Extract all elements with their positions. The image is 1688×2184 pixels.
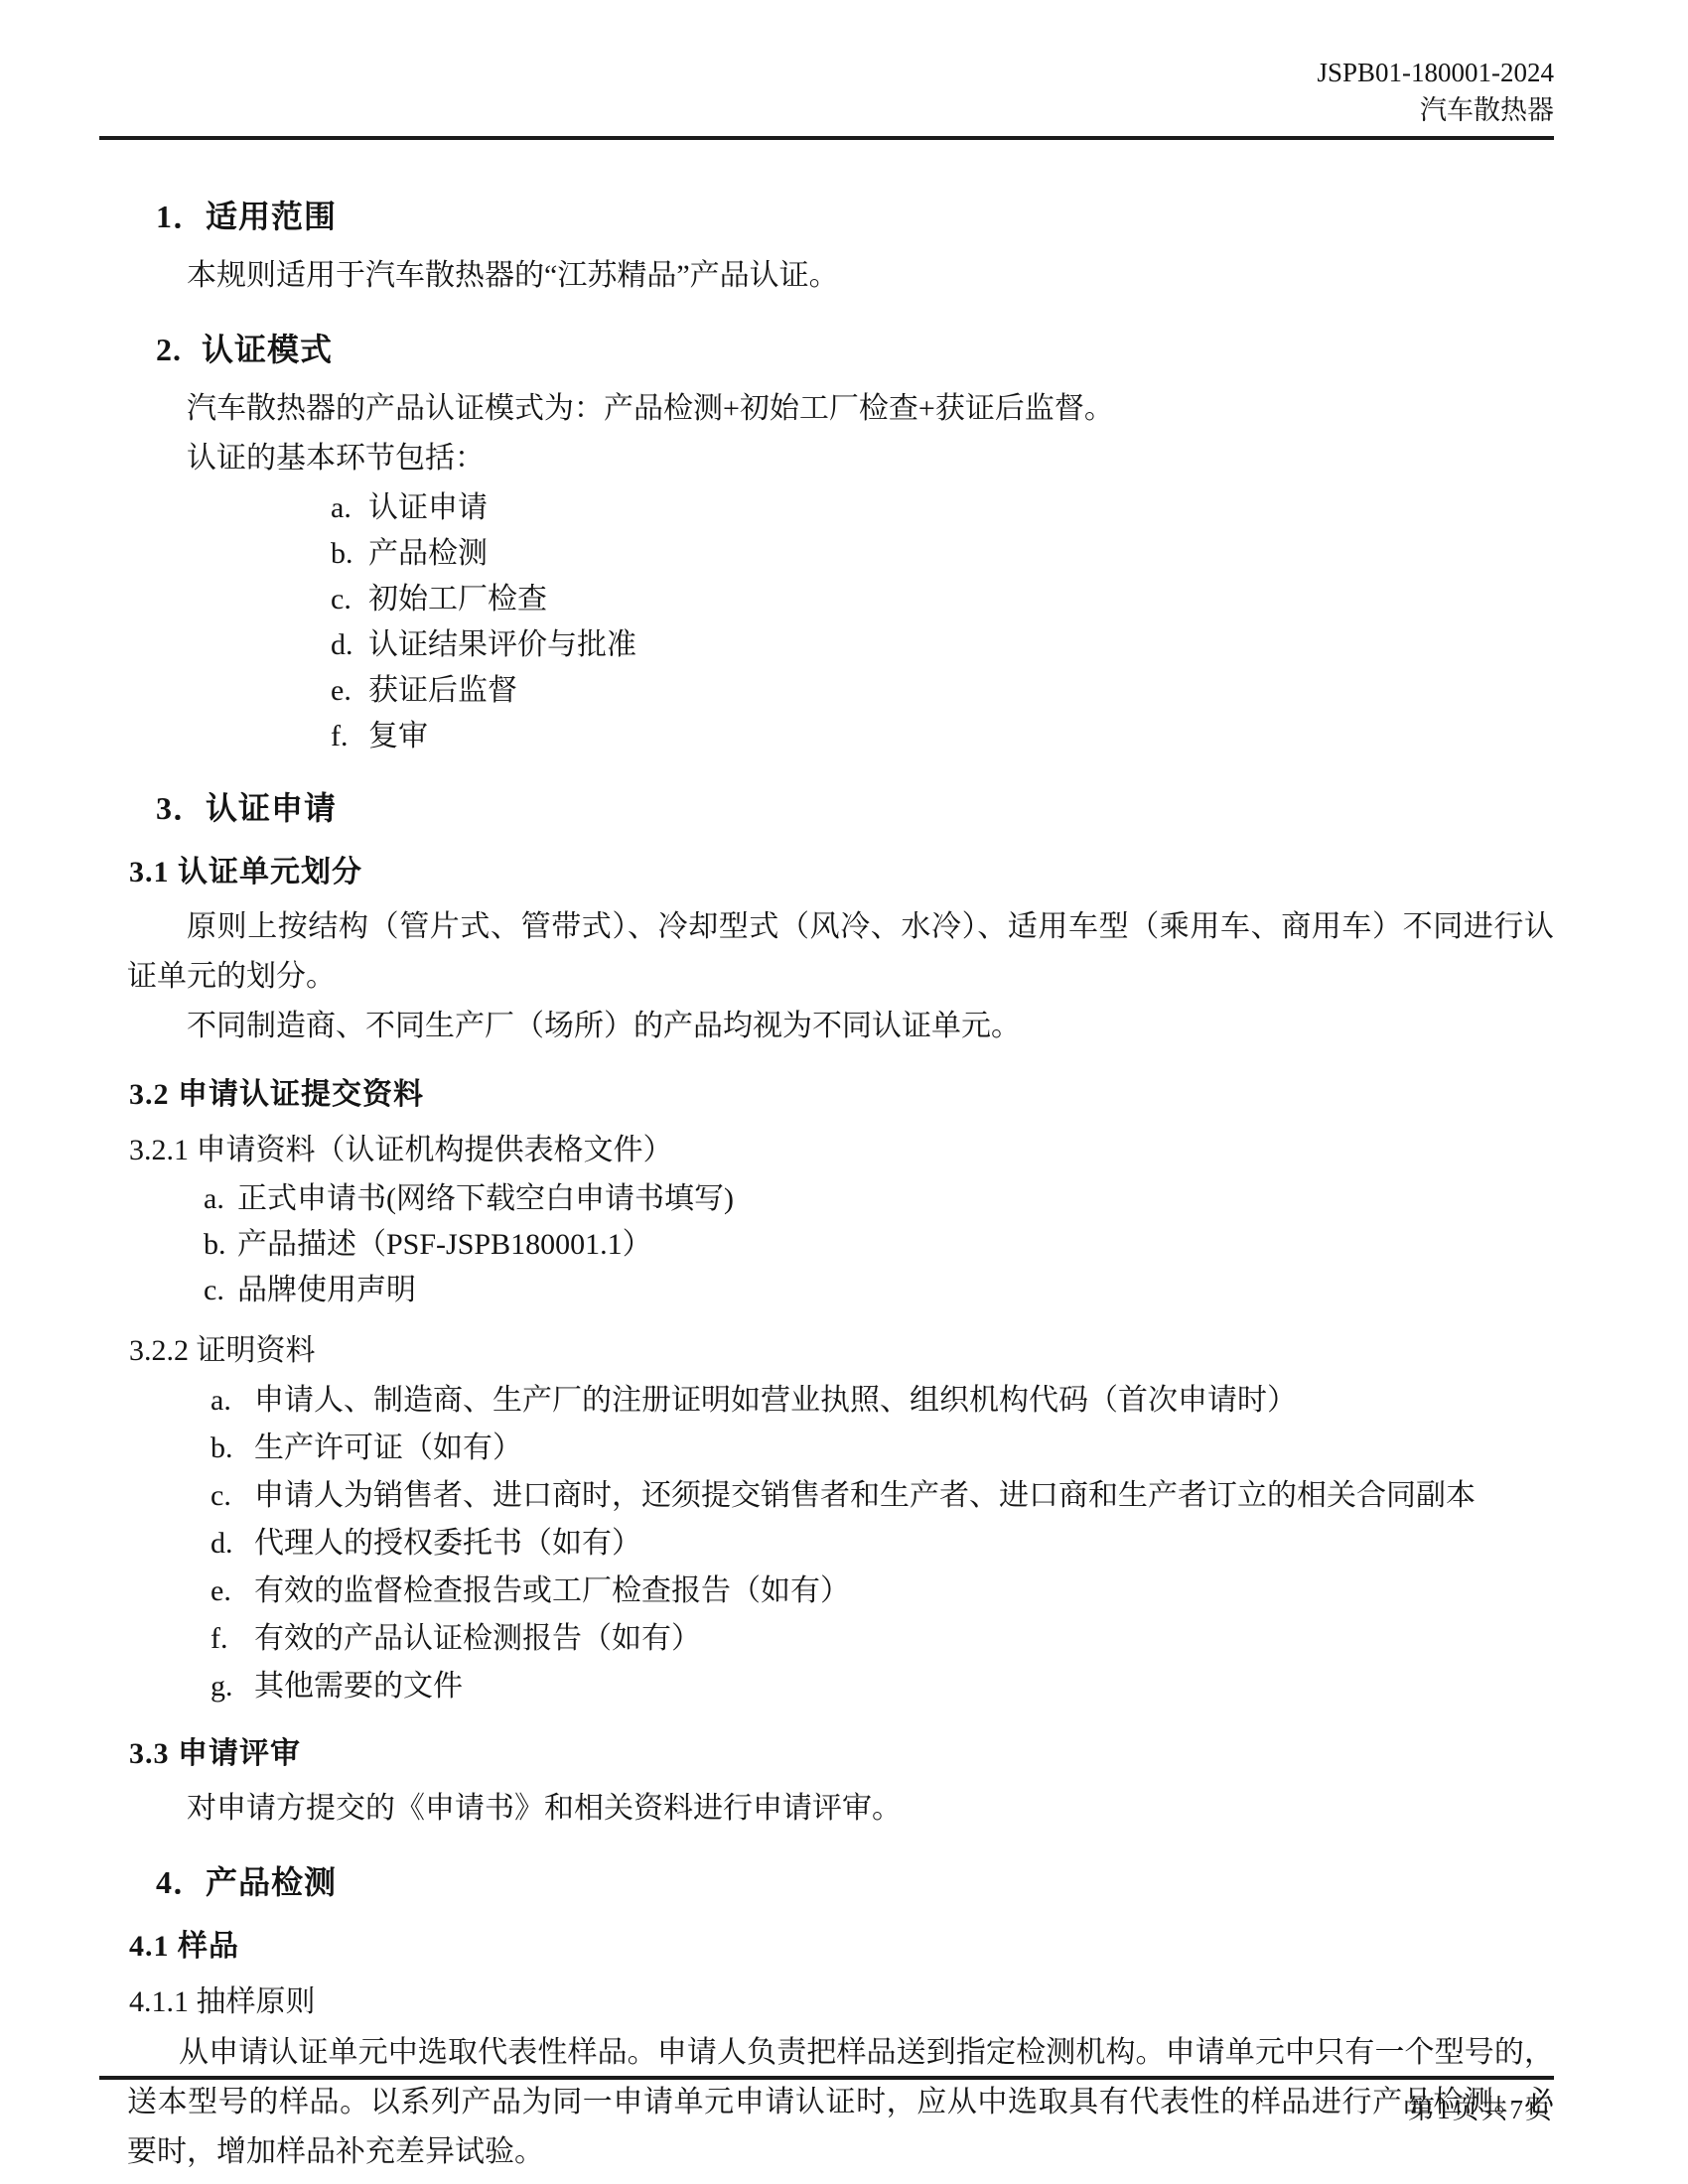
clause-heading: 3.2.2 证明资料 bbox=[129, 1325, 1554, 1369]
page-number: 第1页共7页 bbox=[99, 2080, 1554, 2126]
section-heading: 4．产品检测 bbox=[156, 1857, 1554, 1903]
list-item-marker: a. bbox=[211, 1377, 254, 1425]
list-item-text: 正式申请书(网络下载空白申请书填写) bbox=[237, 1176, 1554, 1222]
list-item: c.初始工厂检查 bbox=[331, 577, 1554, 622]
list-item: b.产品描述（PSF-JSPB180001.1） bbox=[204, 1222, 1554, 1268]
list-item-marker: g. bbox=[211, 1663, 254, 1710]
list-item-text: 代理人的授权委托书（如有） bbox=[254, 1520, 1554, 1568]
list-item-text: 初始工厂检查 bbox=[368, 577, 1554, 622]
list-item-text: 有效的监督检查报告或工厂检查报告（如有） bbox=[254, 1568, 1554, 1615]
section-number: 3． bbox=[156, 783, 206, 829]
paragraph: 汽车散热器的产品认证模式为：产品检测+初始工厂检查+获证后监督。 bbox=[127, 384, 1554, 434]
section-number: 4． bbox=[156, 1857, 206, 1903]
list-item: d.代理人的授权委托书（如有） bbox=[211, 1520, 1554, 1568]
section-number: 1． bbox=[156, 192, 206, 237]
list-item-text: 品牌使用声明 bbox=[237, 1268, 1554, 1313]
doc-number: JSPB01-180001-2024 bbox=[99, 54, 1554, 91]
section-title: 认证模式 bbox=[202, 332, 333, 367]
paragraph: 认证的基本环节包括： bbox=[127, 434, 1554, 483]
subsection-heading: 3.3 申请评审 bbox=[129, 1728, 1554, 1772]
section-title: 认证申请 bbox=[206, 790, 337, 826]
list-item-text: 其他需要的文件 bbox=[254, 1663, 1554, 1710]
list-item-marker: a. bbox=[204, 1176, 237, 1222]
list-item: c.申请人为销售者、进口商时，还须提交销售者和生产者、进口商和生产者订立的相关合… bbox=[211, 1472, 1554, 1520]
list-item-text: 生产许可证（如有） bbox=[254, 1425, 1554, 1472]
list-item-marker: f. bbox=[331, 714, 368, 759]
document-body: 1．适用范围本规则适用于汽车散热器的“江苏精品”产品认证。2.认证模式汽车散热器… bbox=[99, 140, 1554, 2177]
list-item-marker: d. bbox=[331, 622, 368, 668]
list-item-text: 有效的产品认证检测报告（如有） bbox=[254, 1615, 1554, 1663]
list-item-text: 申请人、制造商、生产厂的注册证明如营业执照、组织机构代码（首次申请时） bbox=[254, 1377, 1554, 1425]
list-item-marker: c. bbox=[204, 1268, 237, 1313]
list-item-marker: f. bbox=[211, 1615, 254, 1663]
list-item-text: 产品描述（PSF-JSPB180001.1） bbox=[237, 1222, 1554, 1268]
section-heading: 3．认证申请 bbox=[156, 783, 1554, 829]
list-item: b.生产许可证（如有） bbox=[211, 1425, 1554, 1472]
page-content-area: JSPB01-180001-2024 汽车散热器 1．适用范围本规则适用于汽车散… bbox=[0, 0, 1688, 2177]
paragraph: 原则上按结构（管片式、管带式）、冷却型式（风冷、水冷）、适用车型（乘用车、商用车… bbox=[127, 902, 1554, 1002]
list-item-text: 认证申请 bbox=[368, 485, 1554, 531]
list-item-text: 认证结果评价与批准 bbox=[368, 622, 1554, 668]
list-item-text: 申请人为销售者、进口商时，还须提交销售者和生产者、进口商和生产者订立的相关合同副… bbox=[254, 1472, 1554, 1520]
section-heading: 2.认证模式 bbox=[156, 325, 1554, 370]
list: a.正式申请书(网络下载空白申请书填写)b.产品描述（PSF-JSPB18000… bbox=[204, 1176, 1554, 1313]
page-header: JSPB01-180001-2024 汽车散热器 bbox=[99, 0, 1554, 129]
section-number: 2. bbox=[156, 332, 202, 368]
list-item-text: 产品检测 bbox=[368, 531, 1554, 577]
list-item-marker: b. bbox=[211, 1425, 254, 1472]
list-item-marker: b. bbox=[204, 1222, 237, 1268]
clause-heading: 3.2.1 申请资料（认证机构提供表格文件） bbox=[129, 1125, 1554, 1168]
list-item: d.认证结果评价与批准 bbox=[331, 622, 1554, 668]
list-item: a.正式申请书(网络下载空白申请书填写) bbox=[204, 1176, 1554, 1222]
list-item: a.申请人、制造商、生产厂的注册证明如营业执照、组织机构代码（首次申请时） bbox=[211, 1377, 1554, 1425]
list-item: c.品牌使用声明 bbox=[204, 1268, 1554, 1313]
list-item-marker: a. bbox=[331, 485, 368, 531]
section-title: 产品检测 bbox=[206, 1864, 337, 1900]
list-item-text: 复审 bbox=[368, 714, 1554, 759]
paragraph: 本规则适用于汽车散热器的“江苏精品”产品认证。 bbox=[127, 251, 1554, 301]
document-page: JSPB01-180001-2024 汽车散热器 1．适用范围本规则适用于汽车散… bbox=[0, 0, 1688, 2184]
list-item-marker: e. bbox=[331, 668, 368, 714]
list-item-marker: c. bbox=[211, 1472, 254, 1520]
subsection-heading: 3.2 申请认证提交资料 bbox=[129, 1069, 1554, 1113]
section-heading: 1．适用范围 bbox=[156, 192, 1554, 237]
page-footer: 第1页共7页 bbox=[99, 2076, 1554, 2126]
subsection-heading: 3.1 认证单元划分 bbox=[129, 847, 1554, 890]
list-item: f.有效的产品认证检测报告（如有） bbox=[211, 1615, 1554, 1663]
list-item: e.获证后监督 bbox=[331, 668, 1554, 714]
list-item: a.认证申请 bbox=[331, 485, 1554, 531]
paragraph: 不同制造商、不同生产厂（场所）的产品均视为不同认证单元。 bbox=[127, 1002, 1554, 1051]
clause-heading: 4.1.1 抽样原则 bbox=[129, 1977, 1554, 2020]
list-item-marker: d. bbox=[211, 1520, 254, 1568]
list-item-text: 获证后监督 bbox=[368, 668, 1554, 714]
list: a.认证申请b.产品检测c.初始工厂检查d.认证结果评价与批准e.获证后监督f.… bbox=[331, 485, 1554, 759]
section-title: 适用范围 bbox=[206, 199, 337, 234]
list-item: g.其他需要的文件 bbox=[211, 1663, 1554, 1710]
paragraph: 对申请方提交的《申请书》和相关资料进行申请评审。 bbox=[127, 1784, 1554, 1834]
list-item-marker: e. bbox=[211, 1568, 254, 1615]
list-item-marker: b. bbox=[331, 531, 368, 577]
list-item: b.产品检测 bbox=[331, 531, 1554, 577]
subsection-heading: 4.1 样品 bbox=[129, 1921, 1554, 1965]
list-item-marker: c. bbox=[331, 577, 368, 622]
list-item: f.复审 bbox=[331, 714, 1554, 759]
doc-subject: 汽车散热器 bbox=[99, 91, 1554, 129]
list-item: e.有效的监督检查报告或工厂检查报告（如有） bbox=[211, 1568, 1554, 1615]
list: a.申请人、制造商、生产厂的注册证明如营业执照、组织机构代码（首次申请时）b.生… bbox=[211, 1377, 1554, 1710]
